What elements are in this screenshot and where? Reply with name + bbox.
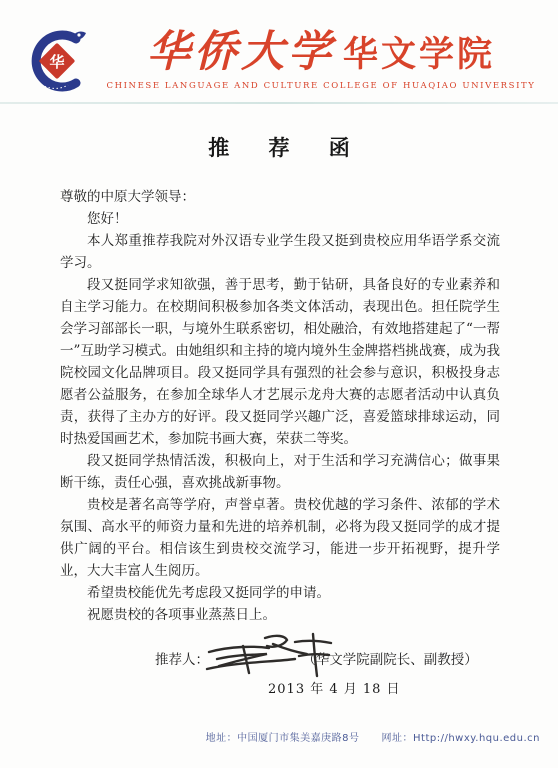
address-value: 中国厦门市集美嘉庚路8号 xyxy=(237,733,359,744)
page-footer: 地址：中国厦门市集美嘉庚路8号网址：Http://hwxy.hqu.edu.cn xyxy=(0,729,540,744)
letterhead-divider xyxy=(0,102,558,104)
letterhead: 华 华侨大学 华文学院 CHINESE LANGUAGE AND CULTURE… xyxy=(0,0,558,96)
paragraph-1: 本人郑重推荐我院对外汉语专业学生段又挺到贵校应用华语学系交流学习。 xyxy=(60,230,500,274)
letter-date: 2013 年 4 月 18 日 xyxy=(268,678,558,697)
recommender-title-note: （华文学院副院长、副教授） xyxy=(309,652,478,668)
letterhead-titles: 华侨大学 华文学院 CHINESE LANGUAGE AND CULTURE C… xyxy=(106,31,535,91)
paragraph-5: 希望贵校能优先考虑段又挺同学的申请。 xyxy=(60,582,500,604)
letter-title: 推 荐 函 xyxy=(0,132,558,162)
letter-body: 尊敬的中原大学领导： 您好！ 本人郑重推荐我院对外汉语专业学生段又挺到贵校应用华… xyxy=(60,186,500,626)
paragraph-4: 贵校是著名高等学府，声誉卓著。贵校优越的学习条件、浓郁的学术氛围、高水平的师资力… xyxy=(60,494,500,582)
scanned-recommendation-letter: 华 华侨大学 华文学院 CHINESE LANGUAGE AND CULTURE… xyxy=(0,0,558,768)
signature-row: 推荐人：（华文学院副院长、副教授） xyxy=(155,648,558,668)
letterhead-english-title: CHINESE LANGUAGE AND CULTURE COLLEGE OF … xyxy=(106,81,535,91)
university-name: 华侨大学 xyxy=(147,31,335,74)
logo-seal-character: 华 xyxy=(50,53,65,71)
paragraph-6: 祝愿贵校的各项事业蒸蒸日上。 xyxy=(60,604,500,626)
paragraph-3: 段又挺同学热情活泼，积极向上，对于生活和学习充满信心；做事果断干练，责任心强，喜… xyxy=(60,450,500,494)
paragraph-2: 段又挺同学求知欲强，善于思考，勤于钻研，具备良好的专业素养和自主学习能力。在校期… xyxy=(60,274,500,450)
salutation: 尊敬的中原大学领导： xyxy=(60,186,500,208)
greeting: 您好！ xyxy=(60,208,500,230)
university-logo-icon: 华 xyxy=(22,26,92,96)
recommender-label: 推荐人： xyxy=(155,652,209,668)
college-name: 华文学院 xyxy=(343,37,495,72)
address-label: 地址： xyxy=(206,733,238,744)
website-value: Http://hwxy.hqu.edu.cn xyxy=(413,733,540,744)
letterhead-inner: 华 华侨大学 华文学院 CHINESE LANGUAGE AND CULTURE… xyxy=(22,26,535,96)
website-label: 网址： xyxy=(382,733,414,744)
letterhead-chinese-title: 华侨大学 华文学院 xyxy=(147,31,495,74)
